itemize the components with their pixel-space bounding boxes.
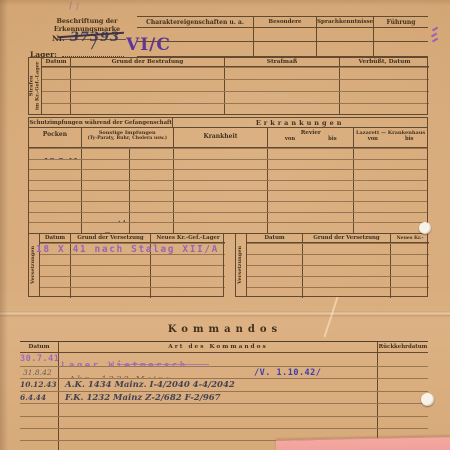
kdo-row: 30.7.41 Lager Wietmarsch	[20, 353, 428, 366]
vers-row	[247, 265, 429, 276]
impf-row: Erfolg gegen — gegen	[29, 159, 427, 170]
col-lazarett: Lazarett — Krankenhaus vonbis	[353, 128, 427, 147]
impfungen-table: Schutzimpfungen während der Gefangenscha…	[28, 117, 428, 234]
impf-row: Erfolg gegen gegen	[29, 201, 427, 212]
impf-row: am 18.8.41 am 18.8.41 am	[29, 148, 427, 159]
hw-date: 13.7.44	[95, 218, 127, 222]
vers-col-datum: Datum	[247, 234, 302, 242]
hw-date: 18.8.41	[43, 157, 79, 159]
impf-row: am 13.7.44 am	[29, 212, 427, 223]
kdo-datum-stamp: 30.7.41	[20, 353, 58, 366]
transfer-stamp: 18 X 41 nach Stalag XII/A	[36, 244, 219, 255]
kdo-art-hw: A.K. 1434 Mainz. I-4/2040 4-4/2042	[58, 379, 377, 390]
strafen-empty-row	[42, 91, 429, 103]
stamp-underline	[117, 364, 209, 365]
lager-slash-mark: /	[92, 34, 97, 52]
pow-record-card: Beschriftung der Erkennungsmarke Nr. 373…	[0, 0, 450, 450]
pen-scribble-top	[69, 1, 78, 10]
vers-row	[247, 287, 429, 298]
kdo-return-stamp: /V. 1.10.42/	[254, 367, 321, 378]
kdo-art-hw: Akp. 1232 Mainz	[59, 375, 172, 378]
hole-punch	[421, 393, 434, 406]
kdo-col-rueckkehr: Rückkehrdatum	[377, 342, 428, 352]
strafen-empty-row	[42, 79, 429, 91]
top-edge-shadow	[0, 0, 450, 6]
impfungen-group-header: Schutzimpfungen während der Gefangenscha…	[29, 118, 172, 127]
strafen-empty-row	[42, 103, 429, 115]
kdo-datum-hw: 10.12.43	[20, 379, 58, 390]
col-besondere-faehigkeiten: Besondere Fähigkeiten	[253, 17, 316, 27]
traits-empty-row	[137, 28, 428, 42]
col-charaktereigenschaften: Charaktereigenschaften u. a.	[137, 17, 253, 27]
hole-punch	[419, 222, 431, 234]
vers-row	[40, 265, 225, 276]
pen-marks-right-edge	[430, 26, 440, 50]
vers-col-grund: Grund der Versetzung	[70, 234, 150, 242]
kdo-row: 6.4.44 F.K. 1232 Mainz Z-2/682 F-2/967	[20, 391, 428, 403]
vers-row	[247, 276, 429, 287]
traits-table: Charaktereigenschaften u. a. Besondere F…	[137, 16, 428, 57]
vers-row	[247, 243, 429, 254]
kommandos-table: Datum Art des Kommandos Rückkehrdatum 30…	[20, 341, 428, 450]
vers-col-neues-lager: Neues Kr.-Gef.-Lager	[390, 234, 429, 242]
kdo-row: 10.12.43 A.K. 1434 Mainz. I-4/2040 4-4/2…	[20, 378, 428, 390]
versetzungen-table-right: Versetzungen Datum Grund der Versetzung …	[235, 233, 428, 297]
vers-row	[247, 254, 429, 265]
strafen-side-label: Strafenim Kr.-Gef.-Lager	[29, 58, 42, 114]
col-revier: Revier vonbis	[267, 128, 353, 147]
strafen-col-verbuesst: Verbüßt, Datum	[339, 58, 429, 66]
vers-row	[40, 287, 225, 298]
col-krankheit: Krankheit	[173, 128, 268, 147]
kdo-col-art: Art des Kommandos	[58, 342, 377, 352]
vers-col-neues-lager: Neues Kr.-Gef.-Lager	[150, 234, 225, 242]
versetzungen-table-left: Versetzungen Datum Grund der Versetzung …	[28, 233, 224, 297]
erkrankungen-group-header: Erkrankungen	[172, 118, 427, 127]
kdo-row: 31.8.42 Akp. 1232 Mainz /V. 1.10.42/	[20, 366, 428, 378]
traits-empty-row	[137, 42, 428, 56]
vers-row	[40, 254, 225, 265]
kdo-row	[20, 403, 428, 415]
impf-row: Erfolg gegen gegen	[29, 180, 427, 191]
strafen-empty-row	[42, 67, 429, 79]
strafen-table: Strafenim Kr.-Gef.-Lager Datum Grund der…	[28, 57, 428, 115]
kdo-row	[20, 416, 428, 428]
kdo-datum-hw: 31.8.42	[20, 367, 58, 378]
kommandos-title: Kommandos	[0, 324, 450, 335]
col-fuehrung: Führung	[373, 17, 428, 27]
strafen-col-datum: Datum	[42, 58, 70, 66]
kdo-datum-hw: 6.4.44	[20, 392, 58, 403]
kdo-col-datum: Datum	[20, 342, 58, 352]
impf-row: am am 25.8.41 am	[29, 169, 427, 180]
impf-row: gegen Ty. gegen	[29, 222, 427, 233]
vers-col-grund: Grund der Versetzung	[302, 234, 390, 242]
impf-row: am am 29.8.41 am	[29, 190, 427, 201]
left-edge-shadow	[0, 0, 8, 450]
strafen-col-strafmass: Strafmaß	[224, 58, 339, 66]
strafen-col-grund: Grund der Bestrafung	[70, 58, 224, 66]
kdo-art-hw: F.K. 1232 Mainz Z-2/682 F-2/967	[58, 392, 377, 403]
vers-col-datum: Datum	[40, 234, 70, 242]
vers-row	[40, 276, 225, 287]
col-sonstige-impfungen: Sonstige Impfungen (Ty-Paraty, Ruhr, Cho…	[81, 128, 173, 147]
versetzungen-side-label: Versetzungen	[236, 234, 247, 296]
fold-crease	[0, 311, 450, 317]
col-sprachkenntnisse: Sprachkenntnisse	[316, 17, 373, 27]
col-pocken: Pocken	[29, 128, 81, 147]
